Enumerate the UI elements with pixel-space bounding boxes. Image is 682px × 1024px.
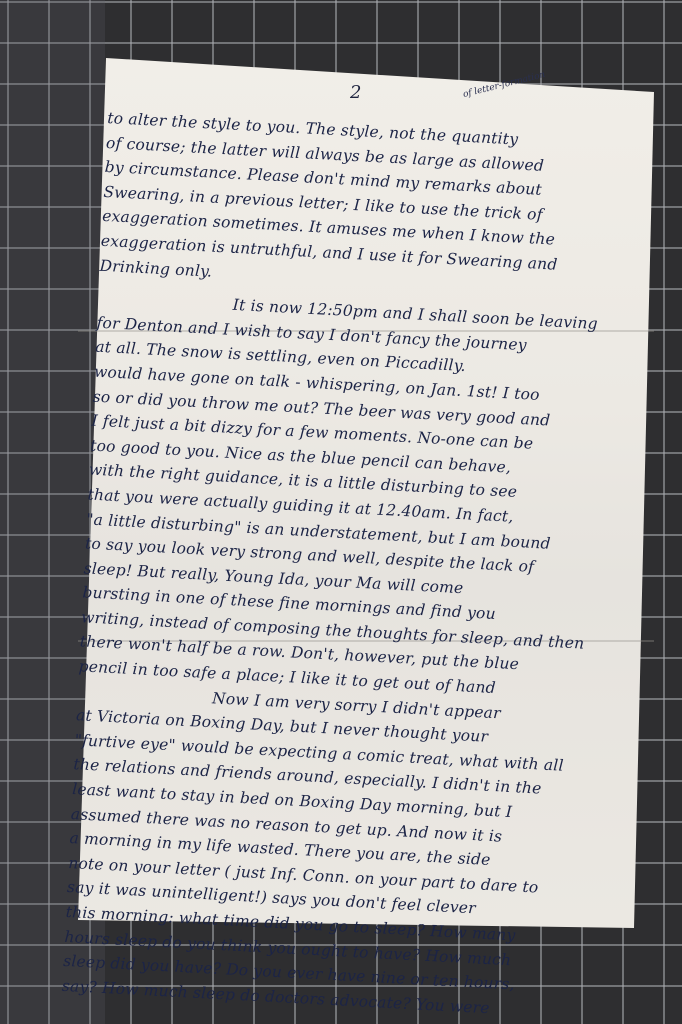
letter-body: to alter the style to you. The style, no… xyxy=(61,106,637,1024)
page-number: 2 xyxy=(350,82,361,103)
